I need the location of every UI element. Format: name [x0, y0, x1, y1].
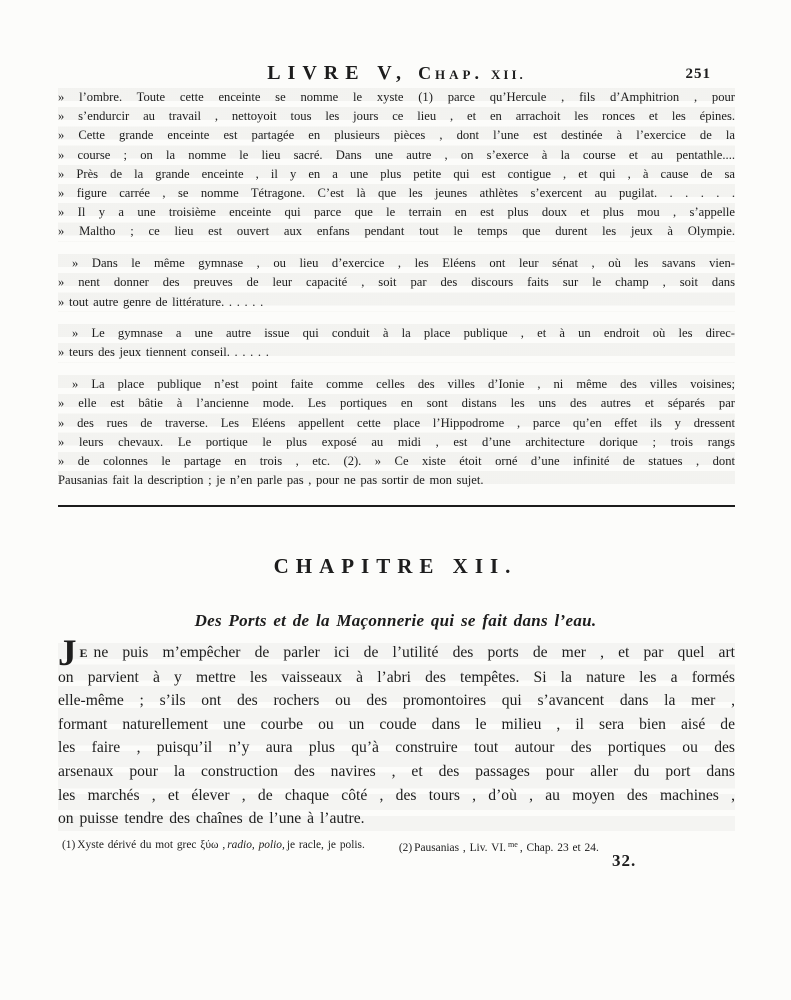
footnotes: (1)Xyste dérivé du mot grec ξύω ,radio, … — [62, 838, 739, 855]
running-head: LIVRE V, Chap. XII. 251 — [58, 62, 735, 85]
text-line: » La place publique n’est point faite co… — [58, 375, 735, 394]
text-line: » Il y a une troisième enceinte qui parc… — [58, 203, 735, 222]
text-line: » teurs des jeux tiennent conseil. . . .… — [58, 343, 735, 362]
quote-paragraph: » Le gymnase a une autre issue qui condu… — [58, 324, 735, 362]
text-line: » des rues de traverse. Les Eléens appel… — [58, 414, 735, 433]
chapter-heading: CHAPITRE XII. — [0, 554, 791, 579]
footnote-text: Xyste dérivé du mot grec ξύω , — [77, 839, 225, 851]
text-line: » course ; on la nomme le lieu sacré. Da… — [58, 146, 735, 165]
text-line: arsenaux pour la construction des navire… — [58, 760, 735, 784]
text-line: » Près de la grande enceinte , il y en a… — [58, 165, 735, 184]
body-text: JEne puis m’empêcher de parler ici de l’… — [58, 641, 735, 831]
footnote-number: (1) — [62, 839, 75, 851]
book-page: LIVRE V, Chap. XII. 251 » l’ombre. Toute… — [0, 0, 791, 1000]
text-line: » Le gymnase a une autre issue qui condu… — [58, 324, 735, 343]
chapter-subtitle: Des Ports et de la Maçonnerie qui se fai… — [0, 611, 791, 631]
drop-cap-small: E — [80, 646, 89, 660]
quote-paragraph: » La place publique n’est point faite co… — [58, 375, 735, 490]
section-divider — [58, 505, 735, 507]
footnote-text: , Chap. 23 et 24. — [520, 842, 599, 854]
footnote-italic-text: radio, polio, — [227, 839, 285, 851]
text-line: les marchés , et élever , de chaque côté… — [58, 784, 735, 808]
text-line-content: ne puis m’empêcher de parler ici de l’ut… — [94, 644, 735, 661]
text-line: » figure carrée , se nomme Tétragone. C’… — [58, 184, 735, 203]
text-line: formant naturellement une courbe ou un c… — [58, 713, 735, 737]
footnote-number: (2) — [399, 842, 412, 854]
footnote-text: je racle, je polis. — [287, 839, 365, 851]
text-line: » s’endurcir au travail , nettoyoit tous… — [58, 107, 735, 126]
text-line: » leurs chevaux. Le portique le plus exp… — [58, 433, 735, 452]
footnote-2: (2)Pausanias , Liv. VI.me, Chap. 23 et 2… — [399, 838, 601, 855]
text-line: » tout autre genre de littérature. . . .… — [58, 293, 735, 312]
footnote-1: (1)Xyste dérivé du mot grec ξύω ,radio, … — [62, 838, 367, 855]
text-line: » de colonnes le partage en trois , etc.… — [58, 452, 735, 471]
running-head-chapter: Chap. — [418, 63, 483, 83]
body-paragraph: JEne puis m’empêcher de parler ici de l’… — [58, 641, 735, 831]
footnote-superscript: me — [508, 840, 518, 849]
text-line: JEne puis m’empêcher de parler ici de l’… — [58, 641, 735, 666]
text-line: » Cette grande enceinte est partagée en … — [58, 126, 735, 145]
signature-mark: 32. — [612, 851, 636, 871]
text-line: » nent donner des preuves de leur capaci… — [58, 273, 735, 292]
text-line: on puisse tendre des chaînes de l’une à … — [58, 807, 735, 831]
quote-paragraph: » l’ombre. Toute cette enceinte se nomme… — [58, 88, 735, 242]
footnote-text: Pausanias , Liv. VI. — [414, 842, 506, 854]
text-line: » l’ombre. Toute cette enceinte se nomme… — [58, 88, 735, 107]
quoted-passage: » l’ombre. Toute cette enceinte se nomme… — [58, 88, 735, 503]
text-line: » Dans le même gymnase , ou lieu d’exerc… — [58, 254, 735, 273]
running-head-chapter-number: XII. — [491, 67, 526, 82]
text-line: » Maltho ; ce lieu est ouvert aux enfans… — [58, 222, 735, 241]
running-head-book: LIVRE V, — [267, 62, 408, 84]
text-line: elle-même ; s’ils ont des rochers ou des… — [58, 689, 735, 713]
text-line: Pausanias fait la description ; je n’en … — [58, 471, 735, 490]
page-number: 251 — [686, 66, 712, 83]
text-line: » elle est bâtie à l’ancienne mode. Les … — [58, 394, 735, 413]
text-line: on parvient à y mettre les vaisseaux à l… — [58, 666, 735, 690]
quote-paragraph: » Dans le même gymnase , ou lieu d’exerc… — [58, 254, 735, 312]
text-line: les faire , puisqu’il n’y aura plus qu’à… — [58, 736, 735, 760]
